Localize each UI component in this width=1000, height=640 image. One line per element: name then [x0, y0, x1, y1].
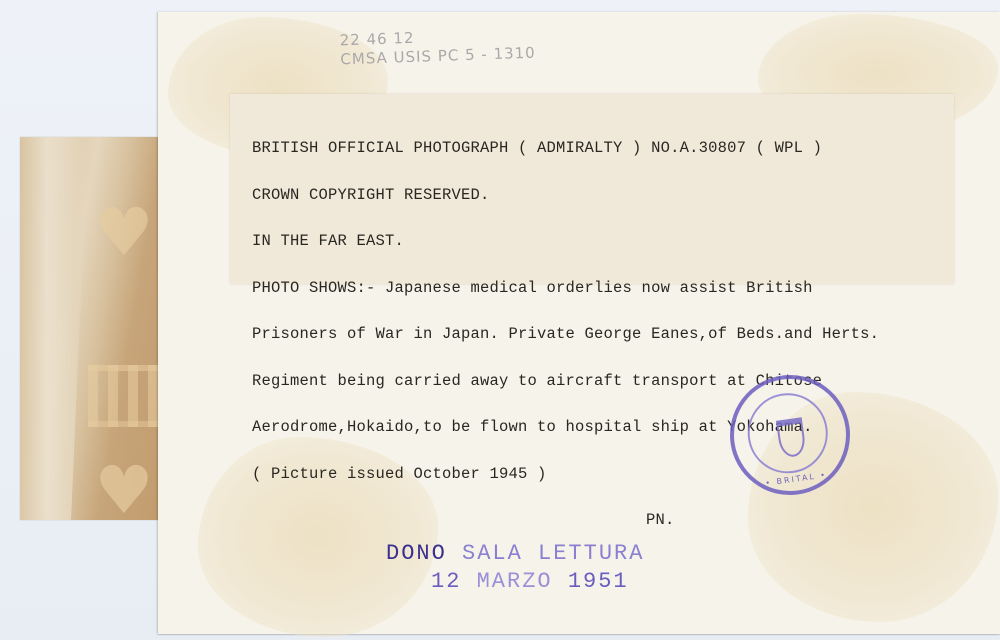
- donation-line-1: DONO SALA LETTURA: [386, 540, 746, 568]
- pencil-annotation: 22 46 12 CMSA USIS PC 5 - 1310: [339, 25, 536, 70]
- caption-line-1: BRITISH OFFICIAL PHOTOGRAPH ( ADMIRALTY …: [252, 141, 938, 157]
- donation-month: MARZO: [477, 569, 553, 594]
- caption-text: BRITISH OFFICIAL PHOTOGRAPH ( ADMIRALTY …: [252, 110, 938, 560]
- donation-place: SALA LETTURA: [462, 541, 644, 566]
- caption-line-5: Prisoners of War in Japan. Private Georg…: [252, 327, 938, 343]
- tissue-paper-strip: ♥ ♥: [20, 137, 160, 520]
- donation-year: 1951: [568, 569, 629, 594]
- heart-watermark-icon: ♥: [94, 205, 154, 261]
- caption-line-4: PHOTO SHOWS:- Japanese medical orderlies…: [252, 281, 938, 297]
- tissue-fold: [20, 137, 88, 520]
- caption-line-6: Regiment being carried away to aircraft …: [252, 374, 938, 390]
- typed-caption-label: BRITISH OFFICIAL PHOTOGRAPH ( ADMIRALTY …: [230, 94, 954, 284]
- caption-line-2: CROWN COPYRIGHT RESERVED.: [252, 188, 938, 204]
- donation-day: 12: [431, 569, 461, 594]
- caption-line-3: IN THE FAR EAST.: [252, 234, 938, 250]
- donation-word: DONO: [386, 541, 447, 566]
- caption-signature: PN.: [252, 513, 938, 529]
- photo-back-card: 22 46 12 CMSA USIS PC 5 - 1310 BRITISH O…: [158, 12, 1000, 634]
- donation-date: 12 MARZO 1951: [386, 568, 746, 596]
- donation-stamp: DONO SALA LETTURA 12 MARZO 1951: [386, 540, 746, 596]
- tower-watermark-icon: [88, 365, 160, 427]
- heart-watermark-icon: ♥: [94, 463, 154, 519]
